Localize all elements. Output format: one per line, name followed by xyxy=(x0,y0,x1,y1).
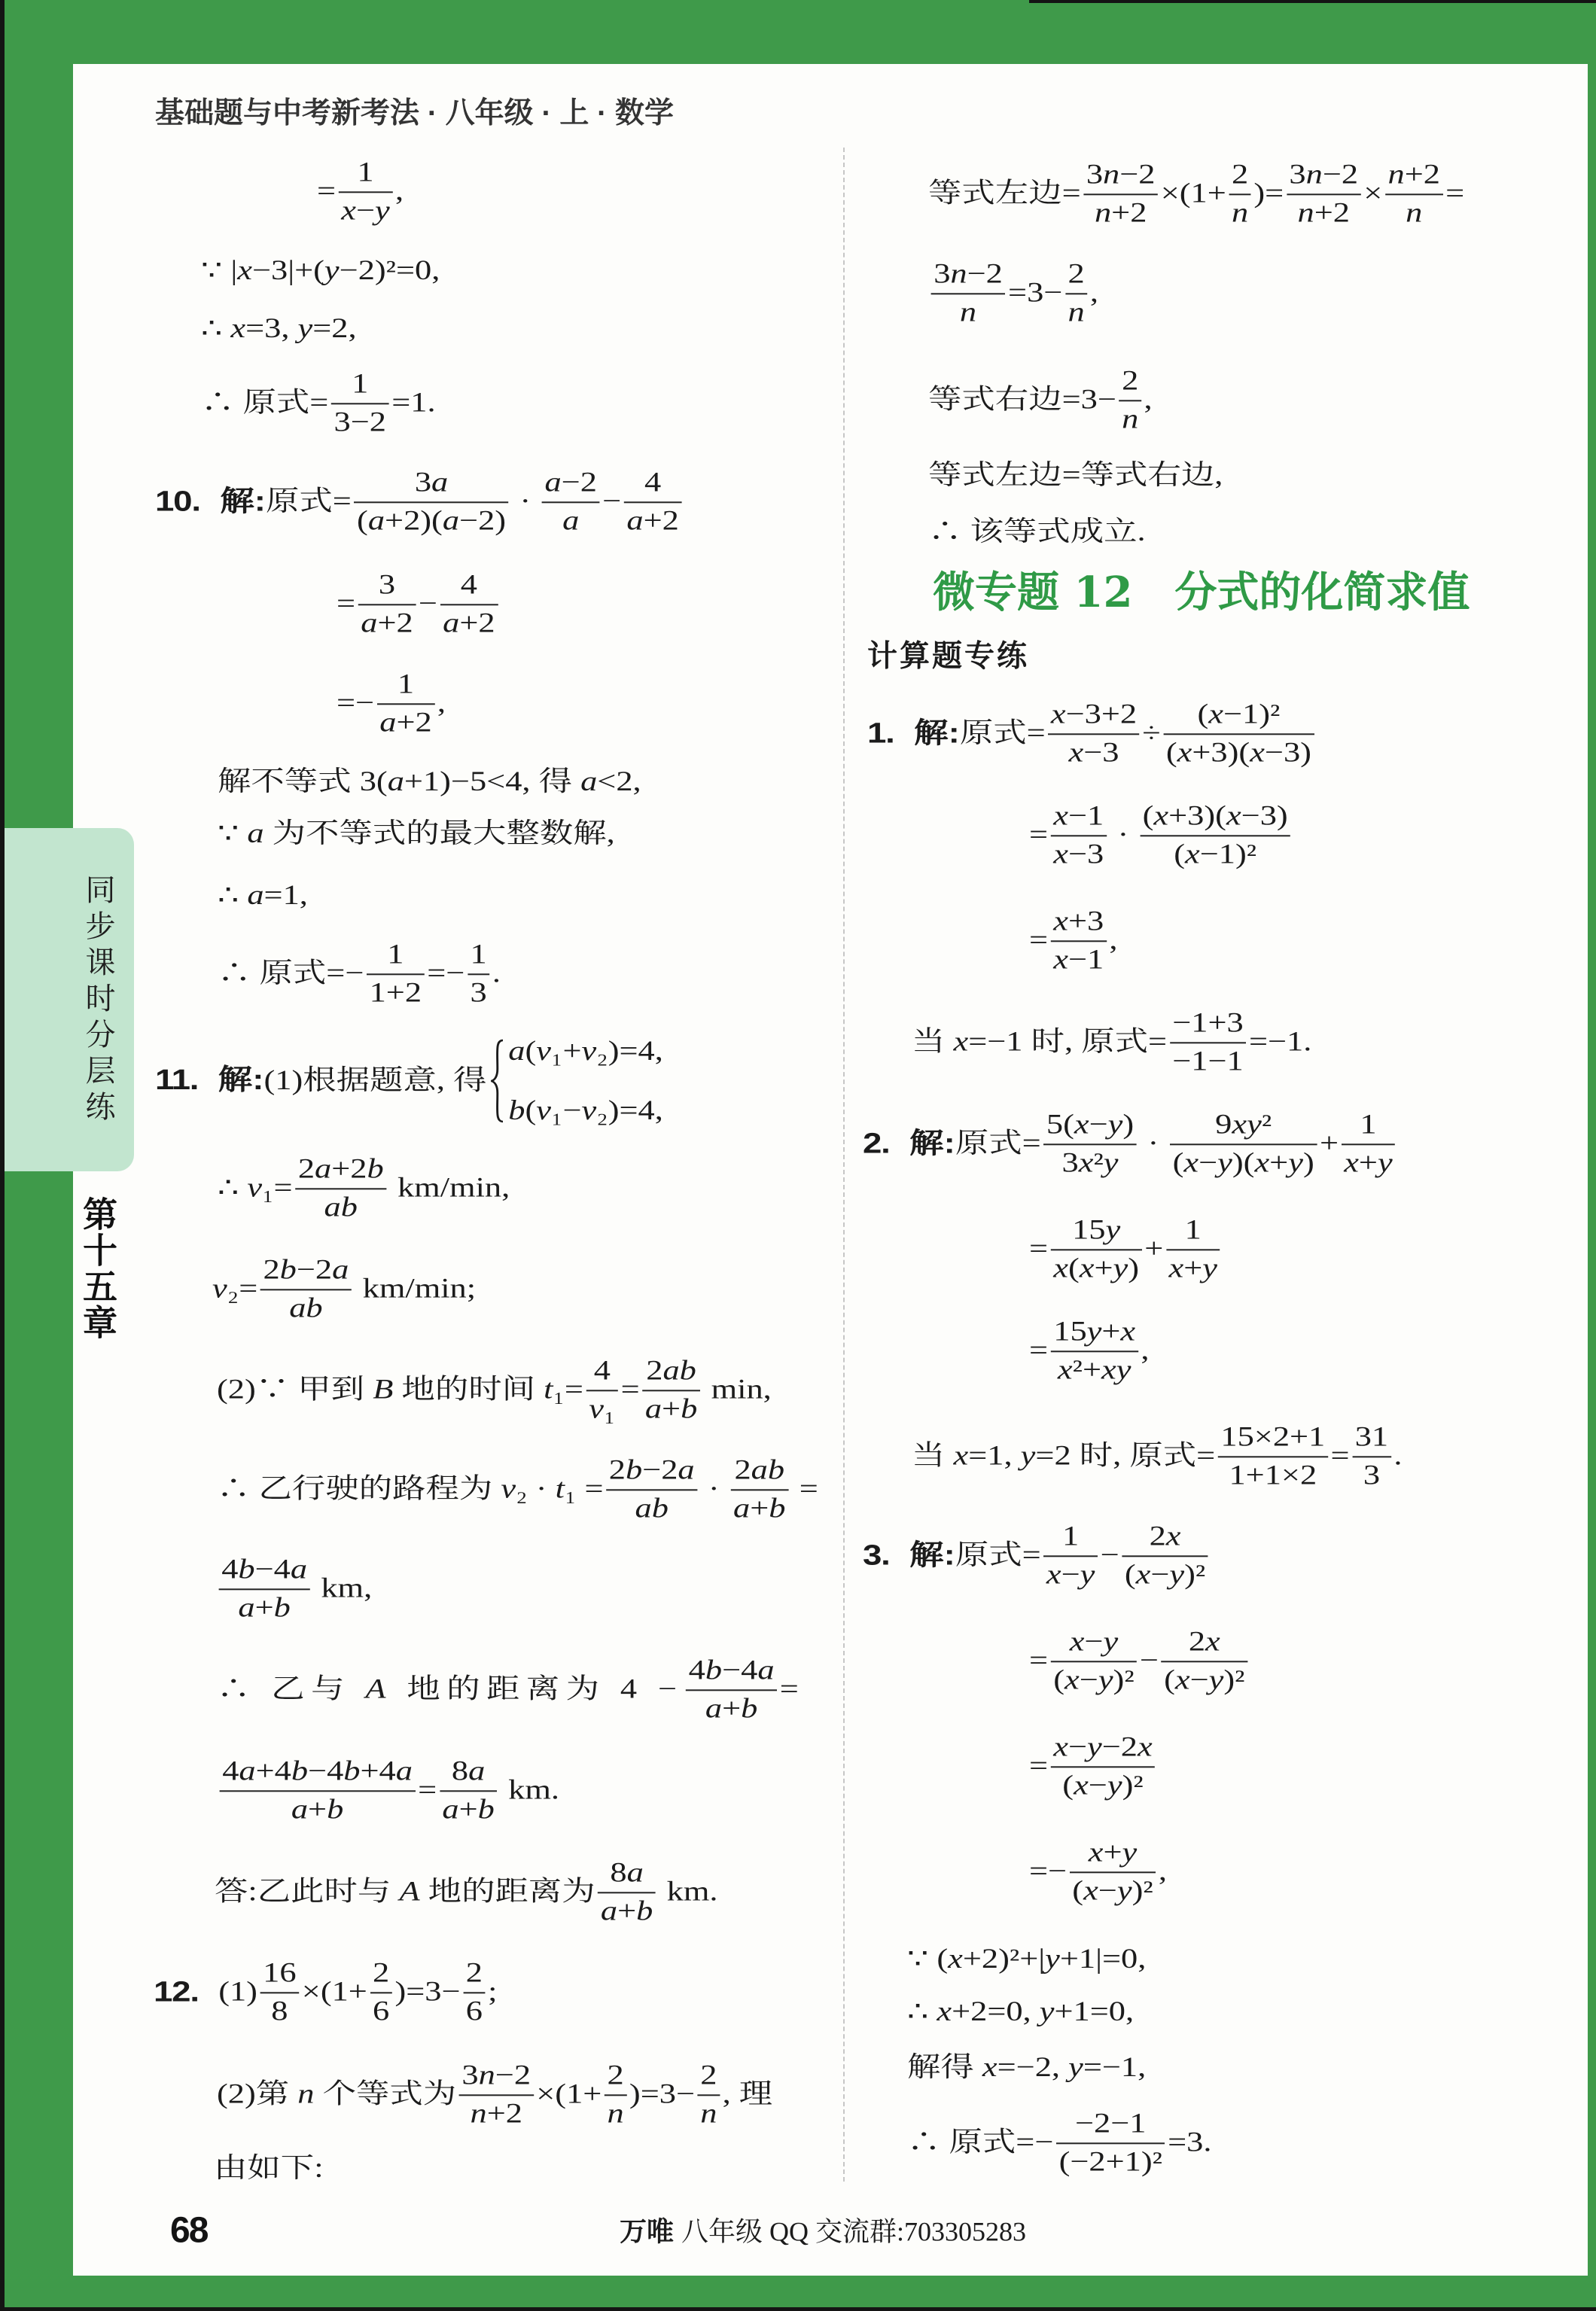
fraction-denominator: (x−y)² xyxy=(1162,1665,1248,1696)
fraction: 1x+y xyxy=(1342,1110,1396,1178)
math-text: =− xyxy=(1029,1856,1067,1889)
fraction: 26 xyxy=(463,1958,485,2026)
math-text: ∴ 原式=− xyxy=(907,2127,1053,2160)
fraction: 2a+2bab xyxy=(295,1154,386,1222)
math-text: . xyxy=(492,958,501,991)
fraction-numerator: 2 xyxy=(463,1958,485,1989)
fraction-denominator: n xyxy=(1229,198,1250,229)
fraction-bar xyxy=(1043,1143,1136,1145)
solution-line: 等式左边=等式右边, xyxy=(928,459,1223,492)
math-text: × xyxy=(1363,178,1382,211)
left-brace-symbol xyxy=(490,1039,504,1123)
math-text: (1)根据题意, 得 xyxy=(263,1064,486,1098)
fraction-numerator: x−y xyxy=(1067,1627,1121,1658)
fraction-bar xyxy=(1229,193,1250,195)
solution-line: =−x+y(x−y)², xyxy=(1029,1838,1167,1906)
solution-label: 解: xyxy=(218,1064,264,1098)
problem-number: 3. xyxy=(863,1539,890,1573)
fraction: 13 xyxy=(468,939,489,1008)
fraction-numerator: 15×2+1 xyxy=(1218,1422,1328,1453)
fraction-bar xyxy=(1140,835,1290,836)
fraction: 15y+xx²+xy xyxy=(1051,1317,1138,1385)
math-text: ∵ |x−3|+(y−2)²=0, xyxy=(201,254,440,288)
fraction-denominator: x+y xyxy=(1166,1253,1220,1284)
solution-line: =x−y(x−y)²−2x(x−y)² xyxy=(1029,1627,1250,1695)
fraction-denominator: n xyxy=(605,2099,626,2130)
fraction-denominator: (−2+1)² xyxy=(1056,2147,1165,2178)
fraction: 3a+2 xyxy=(358,570,416,638)
fraction: 2n xyxy=(1065,259,1087,327)
fraction-numerator: x+3 xyxy=(1051,906,1107,937)
fraction: 1a+2 xyxy=(377,669,435,738)
section-title: 微专题 12 分式的化简求值 xyxy=(933,559,1470,620)
fraction-numerator: 2 xyxy=(1119,366,1141,397)
fraction-denominator: 3 xyxy=(1360,1460,1382,1491)
fraction-bar xyxy=(931,293,1006,294)
fraction: 313 xyxy=(1352,1422,1391,1490)
fraction-bar xyxy=(1163,733,1314,735)
fraction-denominator: a+2 xyxy=(624,506,682,537)
fraction-bar xyxy=(1218,1456,1328,1457)
math-text: , xyxy=(1159,1856,1167,1889)
math-text: =−1. xyxy=(1249,1026,1311,1059)
fraction-numerator: 2a+2b xyxy=(295,1154,386,1185)
solution-line: ∴ a=1, xyxy=(218,879,308,912)
fraction-bar xyxy=(459,2094,534,2096)
math-text: 当 x=1, y=2 时, 原式= xyxy=(912,1440,1215,1473)
equation-rows: a(v₁+v₂)=4,b(v₁−v₂)=4, xyxy=(508,1022,663,1140)
math-text: 原式= xyxy=(960,717,1046,751)
fraction-numerator: 1 xyxy=(385,939,407,970)
fraction-numerator: 1 xyxy=(1357,1110,1379,1140)
fraction-bar xyxy=(220,1790,416,1792)
solution-line: =−1a+2, xyxy=(337,669,446,738)
fraction: 168 xyxy=(260,1958,300,2026)
solution-line: 由如下: xyxy=(214,2152,324,2185)
math-text: 等式右边=3− xyxy=(928,384,1116,417)
fraction-bar xyxy=(1051,835,1107,836)
fraction-denominator: x−y xyxy=(1043,1560,1098,1591)
left-brace-path xyxy=(491,1040,503,1122)
fraction-numerator: 2 xyxy=(370,1958,391,1989)
fraction-numerator: 4 xyxy=(458,570,480,601)
fraction-numerator: 2x xyxy=(1186,1627,1223,1658)
fraction-denominator: −1−1 xyxy=(1170,1046,1247,1077)
fraction-bar xyxy=(1342,1143,1396,1145)
side-tab xyxy=(5,828,134,1171)
solution-line: 12.(1)168×(1+26)=3−26; xyxy=(154,1958,497,2026)
fraction: 15yx(x+y) xyxy=(1051,1215,1142,1283)
fraction-bar xyxy=(1051,1766,1156,1768)
math-text: km. xyxy=(659,1876,718,1909)
math-text: km/min, xyxy=(389,1172,510,1205)
fraction-denominator: 6 xyxy=(463,1996,485,2027)
fraction-bar xyxy=(339,191,393,193)
fraction-denominator: a+2 xyxy=(377,708,435,738)
math-text: ∵ (x+2)²+|y+1|=0, xyxy=(907,1943,1146,1976)
fraction-numerator: 15y+x xyxy=(1051,1317,1138,1347)
solution-line: =x−y−2x(x−y)² xyxy=(1029,1732,1158,1801)
fraction-bar xyxy=(1051,1350,1138,1352)
math-text: , xyxy=(437,687,446,720)
solution-label: 解: xyxy=(220,485,266,519)
math-text: 原式= xyxy=(266,486,352,519)
solution-line: 10.解:原式=3a(a+2)(a−2) · a−2a−4a+2 xyxy=(155,467,684,536)
solution-line: 11.解:(1)根据题意, 得a(v₁+v₂)=4,b(v₁−v₂)=4, xyxy=(155,1022,663,1140)
side-tab-section-label: 同步课时分层练 xyxy=(83,874,113,1127)
equation-system: a(v₁+v₂)=4,b(v₁−v₂)=4, xyxy=(490,1022,663,1140)
fraction: 4b−4aa+b xyxy=(219,1554,310,1623)
scan-edge-bottom xyxy=(0,2307,1596,2311)
answer-line: 答:乙此时与 A 地的距离为8aa+b km. xyxy=(215,1858,717,1926)
solution-line: 解得 x=−2, y=−1, xyxy=(907,2051,1146,2084)
fraction: 26 xyxy=(370,1958,391,2026)
left-brace-icon xyxy=(490,1039,504,1123)
solution-line: =x−1x−3 · (x+3)(x−3)(x−1)² xyxy=(1029,801,1293,869)
fraction-bar xyxy=(1170,1042,1247,1043)
fraction: a−2a xyxy=(542,467,600,536)
fraction-numerator: 4b−4a xyxy=(219,1554,310,1585)
fraction-bar xyxy=(1352,1456,1391,1457)
fraction-denominator: a+b xyxy=(730,1493,788,1524)
fraction-bar xyxy=(354,501,508,503)
fraction-denominator: n xyxy=(1403,198,1425,229)
fraction-denominator: a+b xyxy=(702,1694,760,1725)
fraction-bar xyxy=(219,1588,310,1590)
column-divider xyxy=(843,148,845,2182)
footer-note: 八年级 QQ 交流群:703305283 xyxy=(681,2211,1026,2249)
fraction-numerator: 2 xyxy=(698,2060,720,2091)
solution-line: ∵ a 为不等式的最大整数解, xyxy=(218,818,615,851)
fraction-denominator: (x−y)² xyxy=(1122,1560,1208,1591)
fraction-denominator: a+b xyxy=(598,1896,656,1927)
fraction-bar xyxy=(260,1992,300,1993)
fraction: 8aa+b xyxy=(440,1756,498,1825)
math-text: )=3− xyxy=(394,1976,460,2009)
fraction-numerator: 2ab xyxy=(644,1356,699,1387)
fraction-bar xyxy=(463,1992,485,1993)
fraction-bar xyxy=(358,604,416,605)
solution-line: 2.解:原式=5(x−y)3x²y · 9xy²(x−y)(x+y)+1x+y xyxy=(863,1110,1398,1178)
fraction-numerator: 2 xyxy=(605,2060,626,2091)
math-text: min, xyxy=(703,1374,772,1407)
fraction-numerator: 9xy² xyxy=(1213,1110,1275,1140)
fraction: n+2n xyxy=(1385,160,1443,228)
math-text: =− xyxy=(427,958,464,991)
fraction-denominator: x−3 xyxy=(1066,738,1122,769)
problem-number: 10. xyxy=(155,485,200,519)
fraction: 3a(a+2)(a−2) xyxy=(354,467,508,536)
fraction-bar xyxy=(331,403,389,404)
problem-number: 1. xyxy=(867,717,894,751)
equation-row: b(v₁−v₂)=4, xyxy=(508,1081,663,1140)
math-text: (2)∵ 甲到 B 地的时间 t₁= xyxy=(217,1374,583,1407)
math-text: = xyxy=(1029,1335,1048,1368)
running-header: 基础题与中考新考法 · 八年级 · 上 · 数学 xyxy=(155,90,674,132)
fraction-bar xyxy=(642,1390,700,1391)
fraction-numerator: 2b−2a xyxy=(606,1455,697,1486)
fraction: 2n xyxy=(605,2060,626,2129)
fraction-bar xyxy=(586,1390,618,1391)
math-text: ∴ 原式=− xyxy=(218,958,364,991)
math-text: = xyxy=(1029,1645,1048,1678)
fraction: 2aba+b xyxy=(642,1356,700,1424)
fraction-numerator: 4a+4b−4b+4a xyxy=(220,1756,416,1787)
fraction-denominator: n+2 xyxy=(468,2099,525,2130)
fraction-denominator: ab xyxy=(321,1192,361,1223)
solution-line: ∴ x+2=0, y+1=0, xyxy=(907,1996,1134,2029)
fraction-bar xyxy=(1122,1555,1208,1557)
fraction: 1x+y xyxy=(1166,1215,1220,1283)
math-text: = xyxy=(418,1774,437,1807)
math-text: ∴ 乙行驶的路程为 v₂ · t₁ = xyxy=(217,1473,604,1506)
math-text: 原式= xyxy=(955,1128,1041,1161)
math-text: · xyxy=(511,486,539,519)
math-text: = xyxy=(1445,178,1464,211)
solution-line: ∴ 乙行驶的路程为 v₂ · t₁ =2b−2aab · 2aba+b = xyxy=(217,1455,818,1524)
solution-line: 4a+4b−4b+4aa+b=8aa+b km. xyxy=(217,1756,559,1825)
fraction-bar xyxy=(1065,293,1087,294)
solution-line: 等式右边=3−2n, xyxy=(928,366,1153,434)
fraction: 11+2 xyxy=(367,939,425,1008)
fraction-numerator: 8a xyxy=(608,1858,647,1889)
math-text: = xyxy=(791,1473,818,1506)
math-text: − xyxy=(1101,1539,1119,1573)
fraction-denominator: x−y xyxy=(339,196,393,227)
fraction-bar xyxy=(542,501,600,503)
fraction: 5(x−y)3x²y xyxy=(1043,1110,1136,1178)
problem-number: 11. xyxy=(155,1064,198,1098)
side-tab-chapter-label: 第十五章 xyxy=(81,1196,115,1341)
fraction-numerator: 8a xyxy=(449,1756,488,1787)
fraction-denominator: (x+3)(x−3) xyxy=(1163,738,1314,769)
fraction: 2x(x−y)² xyxy=(1162,1627,1248,1695)
fraction-numerator: 3n−2 xyxy=(1287,160,1361,190)
fraction-bar xyxy=(1170,1143,1317,1145)
fraction-bar xyxy=(468,973,489,975)
fraction: 8aa+b xyxy=(598,1858,656,1926)
fraction-denominator: 3 xyxy=(468,978,489,1009)
fraction-numerator: x−y−2x xyxy=(1051,1732,1156,1763)
fraction: −2−1(−2+1)² xyxy=(1056,2109,1165,2177)
solution-line: ∴ v₁=2a+2bab km/min, xyxy=(218,1154,510,1222)
math-text: . xyxy=(1393,1440,1402,1473)
fraction-numerator: 2 xyxy=(1065,259,1087,290)
fraction-bar xyxy=(1051,940,1107,942)
solution-line: 4b−4aa+b km, xyxy=(216,1554,372,1623)
math-text: − xyxy=(1140,1645,1159,1678)
math-text: · xyxy=(1109,819,1137,852)
math-text: (1) xyxy=(218,1976,257,2009)
math-text: = xyxy=(317,175,336,209)
fraction-denominator: 3x²y xyxy=(1059,1148,1121,1179)
math-text: v₂= xyxy=(212,1273,257,1306)
fraction-bar xyxy=(1051,1661,1138,1662)
fraction: 4v₁ xyxy=(586,1356,618,1424)
fraction-denominator: x+y xyxy=(1342,1148,1396,1179)
math-text: 解不等式 3(a+1)−5<4, 得 a<2, xyxy=(218,766,641,799)
fraction: 4a+2 xyxy=(624,467,682,536)
fraction-denominator: a+b xyxy=(440,1795,498,1825)
fraction-bar xyxy=(440,604,498,605)
math-text: )= xyxy=(1253,178,1284,211)
solution-line: =15yx(x+y)+1x+y xyxy=(1029,1215,1223,1283)
solution-line: 3n−2n=3−2n, xyxy=(928,259,1098,327)
fraction: 4a+4b−4b+4aa+b xyxy=(220,1756,416,1825)
math-text: ×(1+ xyxy=(302,1976,367,2009)
fraction-denominator: (x−y)² xyxy=(1070,1876,1156,1907)
fraction: 13−2 xyxy=(331,369,389,437)
fraction-numerator: n+2 xyxy=(1385,160,1443,190)
fraction-numerator: x−3+2 xyxy=(1048,699,1139,730)
fraction: 1x−y xyxy=(1043,1521,1098,1590)
math-text: = xyxy=(1330,1440,1349,1473)
math-text: = xyxy=(621,1374,640,1407)
math-text: = xyxy=(1029,924,1048,958)
fraction-bar xyxy=(1385,193,1443,195)
math-text: ; xyxy=(488,1976,497,2009)
fraction-numerator: (x+3)(x−3) xyxy=(1140,801,1290,832)
solution-line: v₂=2b−2aab km/min; xyxy=(212,1255,476,1323)
fraction: x+y(x−y)² xyxy=(1070,1838,1156,1906)
math-text: ∴ 该等式成立. xyxy=(928,516,1146,549)
page-number: 68 xyxy=(170,2210,207,2252)
footer-brand-logo: 万唯 xyxy=(620,2211,674,2249)
equation-row: a(v₁+v₂)=4, xyxy=(508,1022,663,1081)
math-text: , xyxy=(1141,1335,1149,1368)
fraction-denominator: a+2 xyxy=(358,608,416,639)
fraction-bar xyxy=(370,1992,391,1993)
fraction: 2n xyxy=(698,2060,720,2129)
fraction: 3n−2n+2 xyxy=(1083,160,1158,228)
fraction-numerator: 3n−2 xyxy=(459,2060,534,2091)
fraction-numerator: −2−1 xyxy=(1072,2109,1149,2139)
solution-label: 解: xyxy=(909,1127,955,1162)
fraction-denominator: x²+xy xyxy=(1055,1355,1134,1386)
solution-line: (2)∵ 甲到 B 地的时间 t₁=4v₁=2aba+b min, xyxy=(217,1356,772,1424)
fraction-numerator: 4 xyxy=(591,1356,613,1387)
fraction: 1x−y xyxy=(339,157,393,226)
fraction-numerator: 1 xyxy=(349,369,371,400)
fraction-bar xyxy=(1043,1555,1098,1557)
math-text: ∴ x=3, y=2, xyxy=(201,312,357,346)
fraction-numerator: 5(x−y) xyxy=(1043,1110,1136,1140)
fraction-numerator: x+y xyxy=(1086,1838,1140,1868)
solution-line: =15y+xx²+xy, xyxy=(1029,1317,1149,1385)
fraction-denominator: a+b xyxy=(236,1593,294,1624)
fraction-denominator: n xyxy=(1119,404,1141,435)
fraction: 2b−2aab xyxy=(606,1455,697,1524)
fraction-bar xyxy=(686,1689,777,1691)
fraction-numerator: a−2 xyxy=(542,467,600,498)
fraction-denominator: ab xyxy=(287,1293,326,1324)
fraction-numerator: 2 xyxy=(1229,160,1250,190)
math-text: ∵ a 为不等式的最大整数解, xyxy=(218,818,615,851)
fraction-bar xyxy=(1048,733,1139,735)
solution-label: 解: xyxy=(914,717,960,751)
solution-line: ∴ 乙与 A 地的距离为 4 −4b−4aa+b= xyxy=(217,1655,805,1724)
fraction-bar xyxy=(598,1892,656,1893)
math-text: 由如下: xyxy=(214,2152,324,2185)
solution-line: ∴ x=3, y=2, xyxy=(201,312,357,346)
fraction-denominator: 1+2 xyxy=(367,978,425,1009)
fraction-denominator: (x−y)² xyxy=(1051,1665,1138,1696)
fraction: 2aba+b xyxy=(730,1455,788,1524)
fraction: x−1x−3 xyxy=(1051,801,1107,869)
math-text: 原式= xyxy=(955,1539,1041,1573)
fraction-numerator: x−1 xyxy=(1051,801,1107,832)
fraction-bar xyxy=(1162,1661,1248,1662)
fraction-numerator: 1 xyxy=(355,157,376,188)
fraction: 9xy²(x−y)(x+y) xyxy=(1170,1110,1317,1178)
math-text: ×(1+ xyxy=(1161,178,1226,211)
math-text: = xyxy=(1029,1750,1048,1783)
fraction-denominator: 6 xyxy=(370,1996,391,2027)
fraction-bar xyxy=(260,1289,352,1290)
math-text: ∴ v₁= xyxy=(218,1172,293,1205)
math-text: = xyxy=(1029,1233,1048,1266)
fraction-denominator: a+2 xyxy=(440,608,498,639)
math-text: ∴ 原式= xyxy=(201,387,328,420)
fraction: 3n−2n+2 xyxy=(1287,160,1361,228)
problem-number: 2. xyxy=(863,1127,890,1162)
fraction: 3n−2n xyxy=(931,259,1006,327)
math-text: )=3− xyxy=(629,2078,695,2112)
fraction: 4b−4aa+b xyxy=(686,1655,777,1724)
fraction-bar xyxy=(606,1489,697,1490)
fraction: 2x(x−y)² xyxy=(1122,1521,1208,1590)
problem-number: 12. xyxy=(154,1975,199,2010)
fraction-denominator: x−3 xyxy=(1051,839,1107,870)
fraction-bar xyxy=(1119,400,1141,401)
math-text: =− xyxy=(337,687,374,720)
math-text: =3− xyxy=(1008,277,1062,310)
fraction-numerator: 15y xyxy=(1069,1215,1122,1246)
fraction-denominator: n+2 xyxy=(1092,198,1150,229)
fraction: x−3+2x−3 xyxy=(1048,699,1139,768)
math-text: ∴ 乙与 A 地的距离为 4 − xyxy=(217,1673,683,1707)
math-text: km. xyxy=(500,1774,559,1807)
fraction-numerator: 1 xyxy=(394,669,416,700)
fraction-numerator: 4b−4a xyxy=(686,1655,777,1686)
fraction-numerator: 2x xyxy=(1147,1521,1183,1552)
fraction-numerator: 1 xyxy=(1059,1521,1081,1552)
footer: 万唯 八年级 QQ 交流群:703305283 xyxy=(620,2211,1026,2249)
math-text: ×(1+ xyxy=(536,2078,602,2112)
math-text: 当 x=−1 时, 原式= xyxy=(912,1026,1167,1059)
fraction: (x+3)(x−3)(x−1)² xyxy=(1140,801,1290,869)
fraction-numerator: 2ab xyxy=(732,1455,787,1486)
solution-line: 等式左边=3n−2n+2×(1+2n)=3n−2n+2×n+2n= xyxy=(928,160,1464,228)
fraction-denominator: (a+2)(a−2) xyxy=(354,506,508,537)
math-text: = xyxy=(780,1673,805,1707)
math-text: 等式左边=等式右边, xyxy=(928,459,1223,492)
math-text: , xyxy=(1109,924,1117,958)
fraction-bar xyxy=(1056,2142,1165,2144)
fraction-denominator: 3−2 xyxy=(331,407,389,438)
math-text: + xyxy=(1320,1128,1339,1161)
solution-line: 当 x=1, y=2 时, 原式=15×2+11+1×2=313. xyxy=(912,1422,1402,1490)
fraction-denominator: n xyxy=(957,297,979,328)
fraction-bar xyxy=(295,1188,386,1189)
fraction-bar xyxy=(698,2094,720,2096)
fraction: 2n xyxy=(1119,366,1141,434)
fraction: (x−1)²(x+3)(x−3) xyxy=(1163,699,1314,768)
fraction-bar xyxy=(1083,193,1158,195)
solution-line: 3.解:原式=1x−y−2x(x−y)² xyxy=(863,1521,1211,1590)
fraction-numerator: −1+3 xyxy=(1170,1008,1247,1039)
math-text: , 理 xyxy=(723,2078,773,2112)
